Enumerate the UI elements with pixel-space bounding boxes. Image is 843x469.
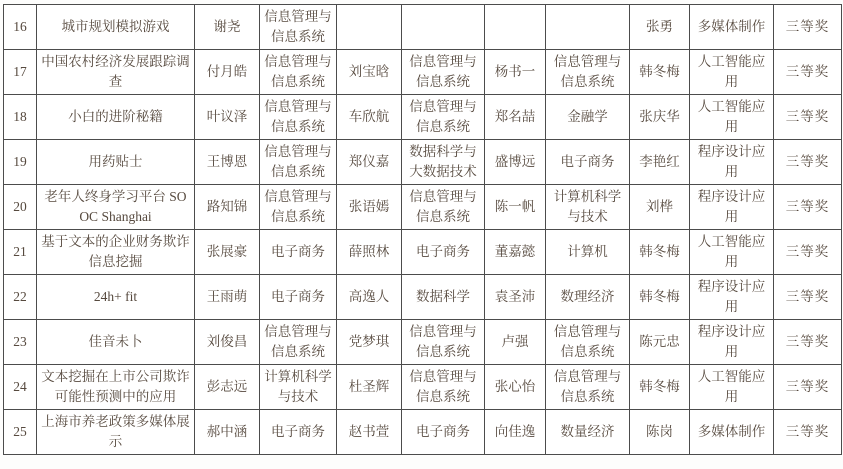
entry-category: 人工智能应用: [690, 95, 774, 140]
student2-major: 信息管理与信息系统: [402, 95, 485, 140]
teacher-name: 韩冬梅: [630, 275, 690, 320]
entry-category: 人工智能应用: [690, 230, 774, 275]
entry-category: 多媒体制作: [690, 410, 774, 455]
student3-name: 杨书一: [485, 50, 546, 95]
student1-major: 电子商务: [260, 275, 337, 320]
table-row: 19 用药贴士 王博恩 信息管理与信息系统 郑仪嘉 数据科学与大数据技术 盛博远…: [4, 140, 842, 185]
project-name: 文本挖掘在上市公司欺诈可能性预测中的应用: [37, 365, 195, 410]
student1-name: 王博恩: [195, 140, 260, 185]
row-number: 22: [4, 275, 37, 320]
project-name: 24h+ fit: [37, 275, 195, 320]
student1-major: 电子商务: [260, 230, 337, 275]
student1-name: 路知锦: [195, 185, 260, 230]
project-name: 小白的进阶秘籍: [37, 95, 195, 140]
table-row: 18 小白的进阶秘籍 叶议泽 信息管理与信息系统 车欣航 信息管理与信息系统 郑…: [4, 95, 842, 140]
student2-major: 电子商务: [402, 410, 485, 455]
student3-name: 卢强: [485, 320, 546, 365]
student2-name: 杜圣辉: [337, 365, 402, 410]
student3-major: 计算机: [546, 230, 630, 275]
student1-name: 付月皓: [195, 50, 260, 95]
row-number: 16: [4, 5, 37, 50]
student2-name: 党梦琪: [337, 320, 402, 365]
student3-major: 电子商务: [546, 140, 630, 185]
entry-category: 人工智能应用: [690, 365, 774, 410]
student2-name: 薛照林: [337, 230, 402, 275]
project-name: 用药贴士: [37, 140, 195, 185]
teacher-name: 韩冬梅: [630, 365, 690, 410]
student1-major: 信息管理与信息系统: [260, 320, 337, 365]
row-number: 23: [4, 320, 37, 365]
student1-major: 信息管理与信息系统: [260, 95, 337, 140]
student3-major: 信息管理与信息系统: [546, 365, 630, 410]
table-row: 16 城市规划模拟游戏 谢尧 信息管理与信息系统 张勇 多媒体制作 三等奖: [4, 5, 842, 50]
student3-major: 信息管理与信息系统: [546, 50, 630, 95]
student1-major: 信息管理与信息系统: [260, 50, 337, 95]
teacher-name: 刘桦: [630, 185, 690, 230]
student1-major: 电子商务: [260, 410, 337, 455]
award-level: 三等奖: [774, 320, 842, 365]
award-results-table: 16 城市规划模拟游戏 谢尧 信息管理与信息系统 张勇 多媒体制作 三等奖 17…: [3, 4, 842, 455]
teacher-name: 韩冬梅: [630, 230, 690, 275]
project-name: 中国农村经济发展跟踪调查: [37, 50, 195, 95]
award-level: 三等奖: [774, 275, 842, 320]
student2-major: 信息管理与信息系统: [402, 50, 485, 95]
student1-name: 彭志远: [195, 365, 260, 410]
student1-name: 郝中涵: [195, 410, 260, 455]
award-table-page: 16 城市规划模拟游戏 谢尧 信息管理与信息系统 张勇 多媒体制作 三等奖 17…: [0, 0, 843, 469]
student1-major: 计算机科学与技术: [260, 365, 337, 410]
entry-category: 程序设计应用: [690, 140, 774, 185]
table-row: 17 中国农村经济发展跟踪调查 付月皓 信息管理与信息系统 刘宝晗 信息管理与信…: [4, 50, 842, 95]
teacher-name: 张勇: [630, 5, 690, 50]
student3-name: 陈一帆: [485, 185, 546, 230]
student3-name: [485, 5, 546, 50]
award-level: 三等奖: [774, 230, 842, 275]
teacher-name: 韩冬梅: [630, 50, 690, 95]
student2-name: [337, 5, 402, 50]
student1-name: 谢尧: [195, 5, 260, 50]
row-number: 17: [4, 50, 37, 95]
teacher-name: 陈岗: [630, 410, 690, 455]
student3-major: 信息管理与信息系统: [546, 320, 630, 365]
award-level: 三等奖: [774, 140, 842, 185]
row-number: 24: [4, 365, 37, 410]
student1-name: 张展豪: [195, 230, 260, 275]
student3-name: 张心怡: [485, 365, 546, 410]
student2-name: 郑仪嘉: [337, 140, 402, 185]
student2-name: 刘宝晗: [337, 50, 402, 95]
row-number: 20: [4, 185, 37, 230]
student1-name: 叶议泽: [195, 95, 260, 140]
student2-major: 信息管理与信息系统: [402, 365, 485, 410]
student1-name: 刘俊昌: [195, 320, 260, 365]
student2-name: 高逸人: [337, 275, 402, 320]
student1-major: 信息管理与信息系统: [260, 5, 337, 50]
award-level: 三等奖: [774, 365, 842, 410]
entry-category: 程序设计应用: [690, 185, 774, 230]
table-row: 24 文本挖掘在上市公司欺诈可能性预测中的应用 彭志远 计算机科学与技术 杜圣辉…: [4, 365, 842, 410]
teacher-name: 陈元忠: [630, 320, 690, 365]
award-level: 三等奖: [774, 95, 842, 140]
student3-major: 计算机科学与技术: [546, 185, 630, 230]
table-row: 25 上海市养老政策多媒体展示 郝中涵 电子商务 赵书萱 电子商务 向佳逸 数量…: [4, 410, 842, 455]
award-level: 三等奖: [774, 50, 842, 95]
student2-major: 数据科学: [402, 275, 485, 320]
entry-category: 人工智能应用: [690, 50, 774, 95]
table-row: 22 24h+ fit 王雨萌 电子商务 高逸人 数据科学 袁圣沛 数理经济 韩…: [4, 275, 842, 320]
student3-name: 郑名喆: [485, 95, 546, 140]
table-row: 21 基于文本的企业财务欺诈信息挖掘 张展豪 电子商务 薛照林 电子商务 董嘉懿…: [4, 230, 842, 275]
student3-major: 数量经济: [546, 410, 630, 455]
table-row: 23 佳音未卜 刘俊昌 信息管理与信息系统 党梦琪 信息管理与信息系统 卢强 信…: [4, 320, 842, 365]
student1-name: 王雨萌: [195, 275, 260, 320]
student3-major: [546, 5, 630, 50]
student3-name: 向佳逸: [485, 410, 546, 455]
student2-name: 车欣航: [337, 95, 402, 140]
entry-category: 多媒体制作: [690, 5, 774, 50]
student2-name: 赵书萱: [337, 410, 402, 455]
project-name: 老年人终身学习平台 SOOC Shanghai: [37, 185, 195, 230]
student3-major: 金融学: [546, 95, 630, 140]
award-level: 三等奖: [774, 5, 842, 50]
row-number: 18: [4, 95, 37, 140]
student2-major: 信息管理与信息系统: [402, 185, 485, 230]
student2-major: 数据科学与大数据技术: [402, 140, 485, 185]
award-level: 三等奖: [774, 185, 842, 230]
entry-category: 程序设计应用: [690, 275, 774, 320]
project-name: 上海市养老政策多媒体展示: [37, 410, 195, 455]
row-number: 25: [4, 410, 37, 455]
student1-major: 信息管理与信息系统: [260, 185, 337, 230]
table-row: 20 老年人终身学习平台 SOOC Shanghai 路知锦 信息管理与信息系统…: [4, 185, 842, 230]
student3-major: 数理经济: [546, 275, 630, 320]
award-level: 三等奖: [774, 410, 842, 455]
project-name: 城市规划模拟游戏: [37, 5, 195, 50]
table-body: 16 城市规划模拟游戏 谢尧 信息管理与信息系统 张勇 多媒体制作 三等奖 17…: [4, 5, 842, 455]
row-number: 19: [4, 140, 37, 185]
student2-major: [402, 5, 485, 50]
student3-name: 董嘉懿: [485, 230, 546, 275]
project-name: 佳音未卜: [37, 320, 195, 365]
student2-major: 电子商务: [402, 230, 485, 275]
row-number: 21: [4, 230, 37, 275]
student3-name: 盛博远: [485, 140, 546, 185]
teacher-name: 李艳红: [630, 140, 690, 185]
student1-major: 信息管理与信息系统: [260, 140, 337, 185]
student3-name: 袁圣沛: [485, 275, 546, 320]
entry-category: 程序设计应用: [690, 320, 774, 365]
project-name: 基于文本的企业财务欺诈信息挖掘: [37, 230, 195, 275]
teacher-name: 张庆华: [630, 95, 690, 140]
student2-name: 张语嫣: [337, 185, 402, 230]
student2-major: 信息管理与信息系统: [402, 320, 485, 365]
